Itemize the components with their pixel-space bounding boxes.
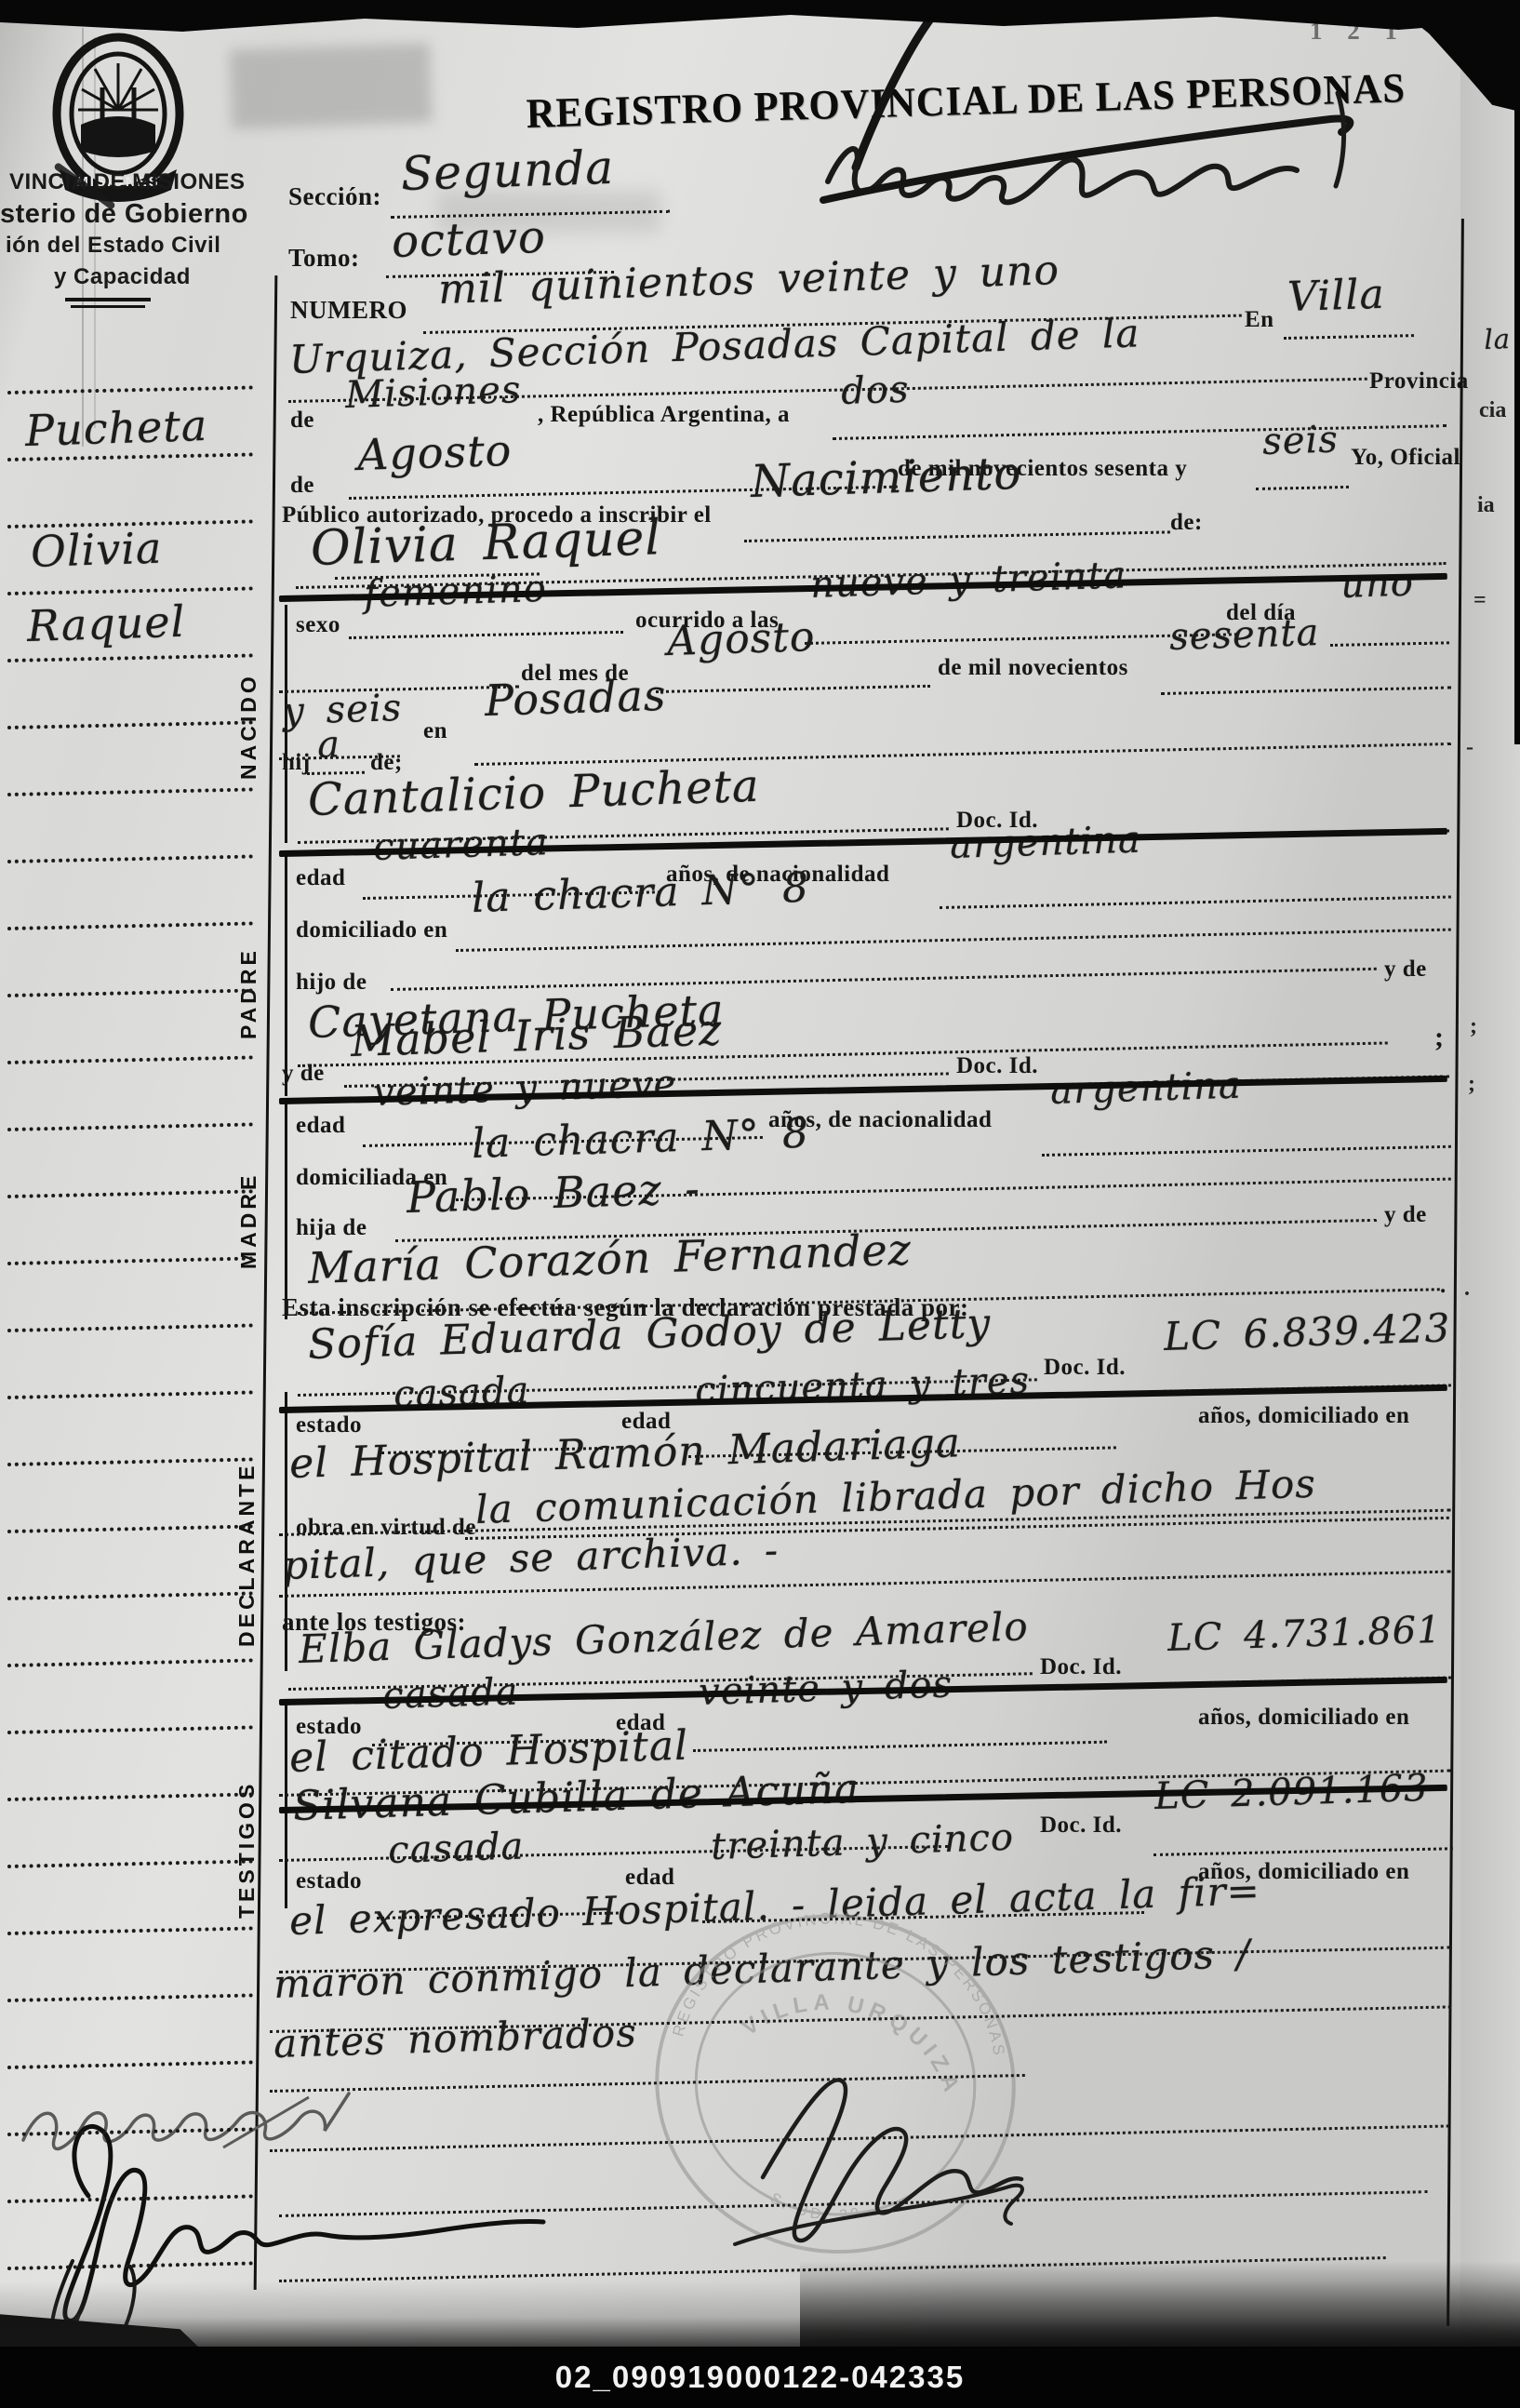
margin-dotted-line: [7, 1323, 253, 1332]
dia-value: uno: [1340, 562, 1415, 607]
en-value: Villa: [1287, 271, 1385, 321]
margin-dotted-line: [7, 1658, 253, 1667]
anio-nacimiento-value2: y seis: [283, 687, 403, 733]
margin-dotted-line: [7, 1122, 253, 1131]
margin-dotted-line: [7, 1591, 253, 1600]
adjacent-page-fragment: cia: [1479, 398, 1506, 423]
form-dotted-line: [1330, 641, 1449, 647]
margin-dotted-line: [7, 988, 253, 997]
agency-line-1: VINCIA DE MISIONES: [9, 169, 245, 195]
padre-domicilio-label: domiciliado en: [296, 917, 447, 943]
tomo-value: octavo: [391, 211, 546, 268]
margin-given1: Olivia: [30, 523, 163, 577]
testigo2-estado-label: estado: [296, 1868, 362, 1894]
novecientos-label: de mil novecientos: [938, 655, 1128, 681]
margin-surname: Pucheta: [24, 400, 208, 456]
declarante-domicilio-label: años, domiciliado en: [1198, 1403, 1409, 1429]
lugar-value: Posadas: [484, 670, 667, 726]
margin-dotted-line: [7, 1859, 253, 1868]
testigo1-domicilio-label: años, domiciliado en: [1198, 1705, 1409, 1731]
madre-y-de2-label: y de: [1384, 1202, 1427, 1228]
margin-dotted-line: [7, 720, 253, 729]
abuelo-materno: Pablo Baez -: [406, 1163, 700, 1223]
margin-dotted-line: [7, 586, 253, 595]
scan-edge-right: [1514, 93, 1520, 744]
adjacent-page-fragment: la: [1484, 323, 1512, 355]
form-dotted-line: [744, 530, 1170, 542]
margin-dotted-line: [7, 1189, 253, 1198]
adjacent-page-sliver: [1460, 0, 1520, 2408]
madre-docid-label: Doc. Id.: [956, 1053, 1038, 1079]
section-bracket-testigos: [285, 1699, 287, 1908]
padre-edad-label: edad: [296, 865, 345, 891]
margin-dotted-line: [7, 1926, 253, 1935]
form-dotted-line: [693, 1741, 1107, 1752]
testigo1-docid-value: LC 4.731.861: [1167, 1609, 1443, 1660]
de-label-2: de: [290, 473, 314, 499]
madre-edad-value: veinte y nueve: [373, 1063, 677, 1115]
margin-dotted-line: [7, 653, 253, 662]
adjacent-page-fragment: =: [1473, 588, 1487, 613]
section-label-padre: PADRE: [236, 916, 261, 1039]
form-dotted-line: [391, 968, 1377, 991]
margin-dotted-line: [7, 385, 253, 395]
acto-value: Nacimiento: [750, 448, 1022, 508]
form-dotted-line: [456, 929, 1451, 952]
padre-y-de-label: y de: [1384, 957, 1427, 983]
hij-sufijo-hw: a: [317, 723, 341, 767]
scan-footer-bar: 02_090919000122-042335: [0, 2347, 1520, 2408]
yo-oficial-label: Yo, Oficial: [1351, 445, 1460, 471]
de-label-1: de: [290, 408, 314, 434]
tomo-label: Tomo:: [288, 244, 360, 273]
adjacent-page-fragment: .: [1464, 1277, 1470, 1302]
anio-value: seis: [1262, 418, 1340, 463]
margin-dotted-line: [7, 1725, 253, 1734]
scan-code: 02_090919000122-042335: [555, 2360, 965, 2395]
margin-dotted-line: [7, 787, 253, 796]
signature-oficial: [763, 2080, 1021, 2241]
form-dotted-line: [1042, 1145, 1451, 1157]
scanned-birth-certificate: REGISTRO PROVINCIAL DE LAS PERSONAS 1 2 …: [0, 0, 1520, 2408]
margin-dotted-line: [7, 1792, 253, 1801]
section-label-declarante: DECLARANTE: [234, 1414, 260, 1647]
form-dotted-line: [1161, 686, 1451, 695]
en-label: En: [1245, 307, 1274, 333]
ink-smudge: [230, 43, 433, 128]
section-label-testigos: TESTIGOS: [234, 1732, 260, 1919]
form-dotted-line: [1284, 334, 1414, 340]
agency-divider: [65, 298, 151, 301]
provincia-label: Provincia: [1369, 368, 1469, 395]
testigo1-docid-label: Doc. Id.: [1040, 1654, 1122, 1680]
madre-hija-de-label: hija de: [296, 1215, 367, 1241]
testigo2-edad-value: treinta y cinco: [711, 1816, 1015, 1868]
sexo-label: sexo: [296, 612, 340, 638]
testigo2-estado-value: casada: [388, 1825, 525, 1872]
margin-dotted-line: [7, 1390, 253, 1399]
form-dotted-line: [833, 424, 1447, 440]
section-label-nacido: NACIDO: [236, 644, 261, 780]
margin-dotted-line: [7, 1055, 253, 1064]
testigo2-docid-label: Doc. Id.: [1040, 1813, 1122, 1839]
republica-label: , República Argentina, a: [538, 402, 790, 428]
de-colon-label: de:: [1170, 510, 1203, 536]
mes-value: Agosto: [356, 425, 513, 480]
margin-dotted-line: [7, 1524, 253, 1533]
agency-line-2: sterio de Gobierno: [0, 199, 248, 230]
handwritten-annotation: [716, 9, 1423, 205]
madre-edad-label: edad: [296, 1113, 345, 1139]
adjacent-page-fragment: ia: [1477, 493, 1495, 518]
mes-nacimiento-value: Agosto: [666, 613, 816, 665]
adjacent-page-fragment: ;: [1468, 1072, 1475, 1097]
margin-dotted-line: [7, 1457, 253, 1466]
provincia-value: Misiones: [345, 368, 522, 417]
agency-line-4: y Capacidad: [54, 264, 191, 290]
declarante-docid-value: LC 6.839.423: [1163, 1304, 1451, 1359]
form-dotted-line: [474, 742, 1451, 766]
seccion-value: Segunda: [400, 140, 615, 201]
section-label-madre: MADRE: [236, 1143, 261, 1269]
adjacent-page-fragment: ;: [1470, 1014, 1477, 1039]
adjacent-page-fragment: -: [1466, 735, 1473, 760]
form-dotted-line: [656, 685, 930, 693]
margin-dotted-line: [7, 1256, 253, 1265]
margin-dotted-line: [7, 1993, 253, 2002]
margin-given2: Raquel: [26, 596, 186, 651]
numero-label: NUMERO: [290, 296, 407, 325]
padre-hijo-de-label: hijo de: [296, 970, 367, 996]
form-dotted-line: [349, 631, 623, 639]
scan-shadow-bottom-right: [800, 2261, 1520, 2347]
padre-separador: ;: [1434, 1022, 1445, 1053]
margin-dotted-line: [7, 854, 253, 863]
agency-line-3: ión del Estado Civil: [6, 233, 220, 259]
form-dotted-line: [940, 895, 1451, 909]
seccion-label: Sección:: [288, 182, 381, 211]
declarante-estado-label: estado: [296, 1412, 362, 1438]
agency-divider: [71, 305, 145, 308]
form-dotted-line: [1256, 486, 1349, 490]
section-bracket-padre: [285, 852, 287, 1096]
en-lugar-label: en: [423, 718, 447, 744]
madre-punto: .: [1440, 1273, 1447, 1299]
nombre-inscripto: Olivia Raquel: [310, 510, 662, 577]
declarante-docid-label: Doc. Id.: [1044, 1355, 1126, 1381]
section-bracket-madre: [285, 1100, 287, 1319]
margin-dotted-line: [7, 921, 253, 930]
form-dotted-line: [1153, 1847, 1453, 1856]
